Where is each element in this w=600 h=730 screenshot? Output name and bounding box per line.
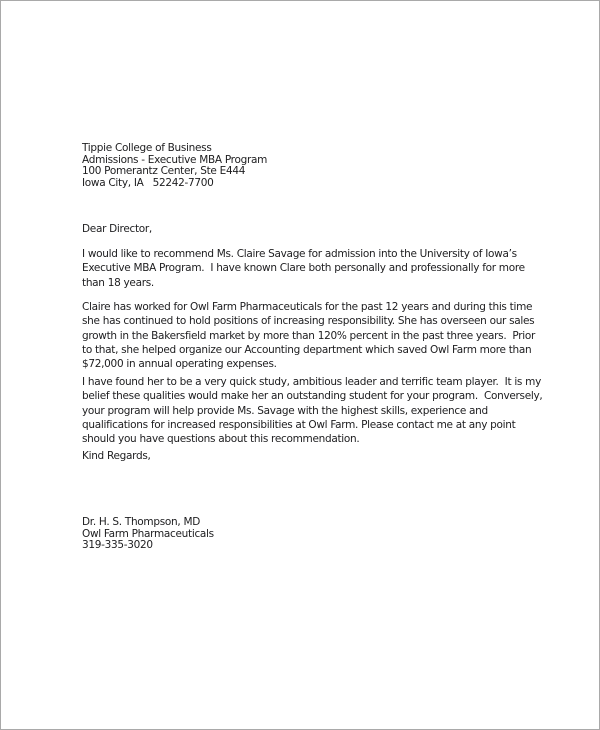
signature-phone: 319-335-3020: [82, 540, 214, 552]
signature-block: Dr. H. S. Thompson, MD Owl Farm Pharmace…: [82, 517, 214, 552]
paragraph-line: she has continued to hold positions of i…: [82, 314, 535, 328]
closing: Kind Regards,: [82, 449, 151, 463]
recipient-address-line: Tippie College of Business: [82, 143, 267, 155]
salutation-text: Dear Director,: [82, 222, 152, 236]
paragraph-3: I have found her to be a very quick stud…: [82, 375, 542, 446]
paragraph-line: I would like to recommend Ms. Claire Sav…: [82, 247, 525, 261]
paragraph-line: growth in the Bakersfield market by more…: [82, 329, 535, 343]
paragraph-line: Claire has worked for Owl Farm Pharmaceu…: [82, 300, 535, 314]
paragraph-line: $72,000 in annual operating expenses.: [82, 357, 535, 371]
paragraph-line: your program will help provide Ms. Savag…: [82, 404, 542, 418]
paragraph-line: Executive MBA Program. I have known Clar…: [82, 261, 525, 275]
paragraph-line: belief these qualities would make her an…: [82, 389, 542, 403]
paragraph-line: should you have questions about this rec…: [82, 432, 542, 446]
recipient-address-line: Iowa City, IA 52242-7700: [82, 178, 267, 190]
paragraph-line: qualifications for increased responsibil…: [82, 418, 542, 432]
paragraph-2: Claire has worked for Owl Farm Pharmaceu…: [82, 300, 535, 371]
paragraph-1: I would like to recommend Ms. Claire Sav…: [82, 247, 525, 290]
recipient-address-block: Tippie College of Business Admissions - …: [82, 143, 267, 190]
salutation: Dear Director,: [82, 222, 152, 236]
paragraph-line: I have found her to be a very quick stud…: [82, 375, 542, 389]
closing-text: Kind Regards,: [82, 449, 151, 463]
signature-name: Dr. H. S. Thompson, MD: [82, 517, 214, 529]
paragraph-line: than 18 years.: [82, 276, 525, 290]
paragraph-line: to that, she helped organize our Account…: [82, 343, 535, 357]
letter-page: Tippie College of Business Admissions - …: [0, 0, 600, 730]
